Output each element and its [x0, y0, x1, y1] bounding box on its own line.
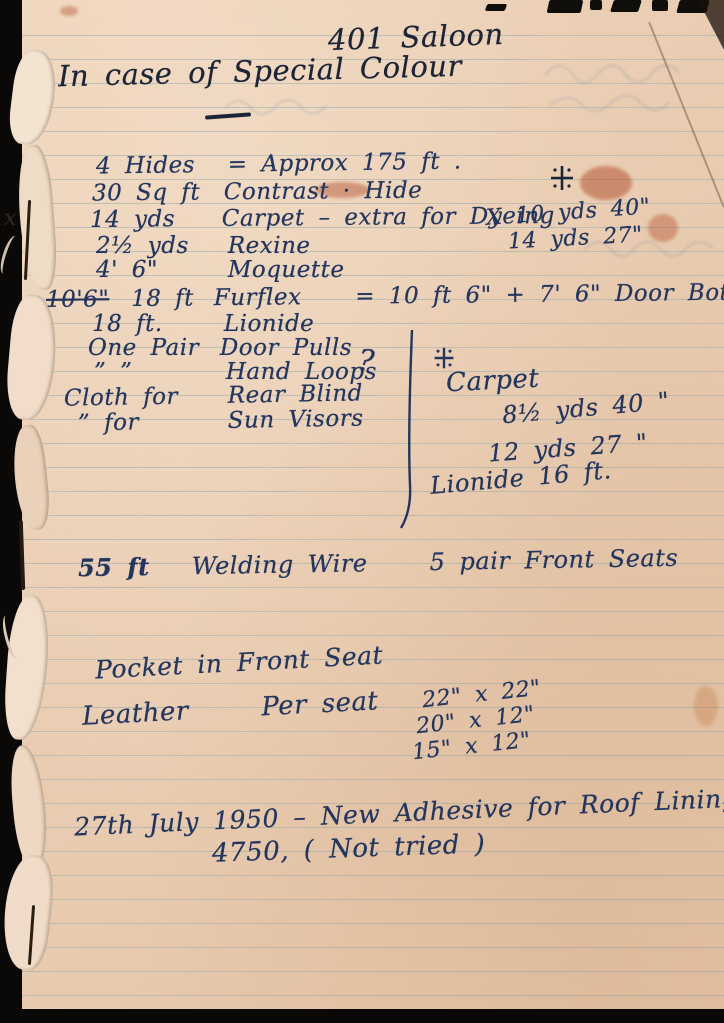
furflex-calculation: = 10 ft 6" + 7' 6" Door Bottoms — [355, 279, 724, 310]
page-top-ink-marks — [590, 0, 602, 10]
material-desc: Furflex — [214, 284, 302, 311]
page-top-ink-marks — [610, 0, 642, 12]
material-desc: Lionide — [224, 311, 314, 337]
welding-qty: 55 ft — [78, 552, 150, 582]
bleed-through-writing — [540, 55, 720, 125]
dotted-cross-icon — [548, 162, 576, 194]
question-mark: ? — [356, 343, 376, 380]
margin-mark: x — [4, 206, 17, 231]
binding-thread — [0, 234, 22, 276]
material-desc: Moquette — [228, 257, 345, 283]
ink-stain — [60, 6, 78, 16]
material-desc: Rexine — [228, 233, 311, 259]
ink-stain — [580, 166, 632, 200]
material-desc: Sun Visors — [228, 406, 364, 434]
bleed-through-writing — [220, 88, 330, 128]
material-qty: 18 ft — [131, 285, 194, 312]
material-row: 18 ft. Lionide — [92, 311, 314, 337]
per-seat-label: Per seat — [261, 686, 380, 722]
material-qty: ” ” — [94, 359, 212, 385]
material-row: ” for Sun Visors — [78, 406, 364, 437]
material-qty: ” for — [78, 408, 214, 436]
material-desc: Contrast · Hide — [224, 178, 423, 206]
material-qty: 30 Sq ft — [92, 179, 210, 206]
material-qty: 2½ yds — [96, 233, 214, 259]
carpet-note-title: Carpet — [445, 364, 540, 399]
material-row: 4 Hides = Approx 175 ft . — [96, 148, 462, 179]
page-top-ink-marks — [652, 0, 668, 11]
material-qty: 18 ft. — [92, 311, 210, 337]
material-qty: 4 Hides — [96, 152, 214, 180]
page-top-ink-marks — [485, 4, 508, 11]
material-qty: Cloth for — [64, 383, 214, 412]
material-qty: 14 yds — [90, 206, 208, 233]
material-row: 30 Sq ft Contrast · Hide — [92, 178, 422, 207]
material-desc: Rear Blind — [228, 380, 364, 408]
divider-stroke — [398, 330, 422, 530]
struck-out-measure: 10'6" — [46, 286, 110, 313]
material-desc: Door Pulls — [220, 335, 352, 361]
paper-stain — [694, 686, 718, 726]
welding-desc: Welding Wire — [192, 549, 368, 580]
material-row: 2½ yds Rexine — [96, 233, 311, 259]
material-row: 4' 6" Moquette — [96, 257, 344, 283]
page-top-ink-marks — [547, 0, 584, 13]
material-desc: = Approx 175 ft . — [228, 148, 462, 177]
leather-label: Leather — [81, 696, 189, 732]
welding-note: 5 pair Front Seats — [429, 544, 678, 576]
material-qty: One Pair — [88, 335, 206, 361]
material-qty: 4' 6" — [96, 257, 214, 283]
material-row: One Pair Door Pulls — [88, 335, 352, 361]
